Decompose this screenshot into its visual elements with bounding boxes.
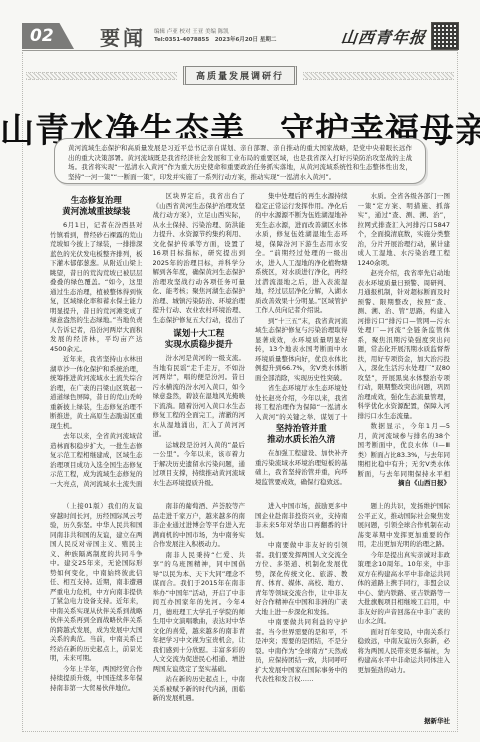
body-paragraph: 进入中国市场，鼓励更多中国企业赴南非投资兴业，支持南非未来5年对华出口再翻番的计… [255, 502, 348, 540]
kicker-row: 高质量发展调研行 [26, 66, 454, 85]
body-paragraph: 6月1日，记者在汾西县对竹镇看到，曾经砂石裸露的荒山荒坡如今披上了绿装，一排排深… [50, 221, 143, 354]
body-paragraph: 今年上半年，两国经贸合作持续提质升级，中国连续多年保持南非第一大贸易伙伴地位。 [50, 665, 143, 694]
editor-credits: 编辑 卢亚 校对 王亚 美编 陈凯 [154, 28, 341, 36]
column-text: 集中处理后的再生水源持续稳定正常运行发挥作用。净化后的中水源源不断为伍姓湖湿地补… [255, 192, 348, 420]
body-paragraph: 近年来，我省坚持山水林田湖草沙一体化保护和系统治理，统筹推进黄河流域水土流失综合… [50, 355, 143, 431]
column-subhead: 坚持治管并重 推动水质长治久清 [255, 424, 348, 446]
column-text: 题上的共识，发扬维护国际公平正义，推动国际社会聚焦发展问题，引领全球合作机制在动… [358, 502, 451, 716]
article-2-column-3: 进入中国市场，鼓励更多中国企业赴南非投资兴业，支持南非未来5年对华出口再翻番的计… [255, 502, 348, 726]
body-paragraph: 在加强工程建设、加快补齐重污染流域水环境治理短板的基础上，我省坚持治管并重，向环… [255, 449, 348, 487]
article-1-columns: 生态修复治理 黄河流域重披绿装 6月1日，记者在汾西县对竹镇看到，曾经砂石裸露的… [50, 192, 450, 488]
body-paragraph: 题上的共识，发扬维护国际公平正义，推动国际社会聚焦发展问题，引领全球合作机制在动… [358, 502, 451, 550]
kicker-label: 高质量发展调研行 [183, 66, 297, 85]
header-divider [22, 50, 458, 51]
decorative-hatch-right [303, 72, 454, 80]
subhead-line: 实现水质稳步提升 [165, 340, 233, 350]
article-1-column-1: 生态修复治理 黄河流域重披绿装 6月1日，记者在汾西县对竹镇看到，曾经砂石裸露的… [50, 192, 143, 488]
column-subhead: 生态修复治理 黄河流域重披绿装 [50, 196, 143, 218]
article-2-column-1: （上接01版）我们的友谊穿越时间长河，历经国际风云考验，历久弥坚。中华人民共和国… [50, 502, 143, 726]
subhead-line: 推动水质长治久清 [267, 435, 335, 445]
masthead-logo: 山西青年报 [340, 25, 427, 48]
newspaper-page: 02 要闻 编辑 卢亚 校对 王亚 美编 陈凯 Tel:0351-4078855… [0, 0, 480, 742]
source-attribution: 据新华社 [358, 716, 451, 726]
edition-meta: 编辑 卢亚 校对 王亚 美编 陈凯 Tel:0351-4078855 2023年… [154, 28, 341, 44]
body-paragraph: 中南要做中非友好的引领者。我们要发挥两国人文交流全方位、多渠道、机制化发展优势，… [255, 541, 348, 617]
subhead-line: 黄河流域重披绿装 [62, 207, 130, 217]
body-paragraph: 到“十三五”末，我省黄河流域生态保护修复与污染治理取得显著成效，水环境质量明显好… [255, 317, 348, 384]
qr-code-icon [432, 23, 458, 49]
body-paragraph: 区块界定后，我省出台了《山西省黄河生态保护治理攻坚战行动方案》，立足山西实际，从… [153, 192, 246, 325]
column-text: 区块界定后，我省出台了《山西省黄河生态保护治理攻坚战行动方案》，立足山西实际，从… [153, 192, 246, 325]
article-2-column-2: 南非的葡萄酒、芦荟胶等产品走进千家万户，越来越多的南非企业通过进博会等平台进入充… [153, 502, 246, 726]
column-subhead: 谋划十大工程 实现水质稳步提升 [153, 329, 246, 351]
page-number-badge: 02 [22, 23, 74, 49]
body-paragraph: 赵亮介绍，我省率先启动地表水环境质量日预警、周研判、月通报机制，针对超标断面及时… [358, 269, 451, 421]
article-1-column-4: 水质。全省各级各部门一图一策“定方案、明措施、抓落实”，通过“查、测、溯、治”，… [358, 192, 451, 488]
subhead-line: 坚持治管并重 [276, 424, 327, 434]
column-text: 进入中国市场，鼓励更多中国企业赴南非投资兴业，支持南非未来5年对华出口再翻番的计… [255, 502, 348, 726]
source-attribution: 摘自《山西日报》 [358, 478, 451, 488]
article-1-column-3: 集中处理后的再生水源持续稳定正常运行发挥作用。净化后的中水源源不断为伍姓湖湿地补… [255, 192, 348, 488]
body-paragraph: 南非的葡萄酒、芦荟胶等产品走进千家万户，越来越多的南非企业通过进博会等平台进入充… [153, 502, 246, 550]
column-text: 南非的葡萄酒、芦荟胶等产品走进千家万户，越来越多的南非企业通过进博会等平台进入充… [153, 502, 246, 726]
body-paragraph: 站在新的历史起点上，中南关系被赋予新的时代内涵，面临新的发展机遇。 [153, 675, 246, 704]
body-paragraph: 数据显示，今年1月—5月，黄河流域参与排名的38个国考断面中，优良水体（Ⅰ—Ⅲ类… [358, 422, 451, 478]
subhead-line: 谋划十大工程 [173, 329, 224, 339]
page-header: 02 要闻 编辑 卢亚 校对 王亚 美编 陈凯 Tel:0351-4078855… [22, 22, 458, 50]
body-paragraph: 省生态环境厅水生态环境处处长赵亮介绍，今年以来，我省将工程治理作为保障“一泓清水… [255, 384, 348, 420]
decorative-hatch-left [26, 72, 177, 80]
column-text: 水质。全省各级各部门一图一策“定方案、明措施、抓落实”，通过“查、测、溯、治”，… [358, 192, 451, 478]
intro-box: 黄河流域生态保护和高质量发展是习近平总书记亲自谋划、亲自部署、亲自推动的重大国家… [54, 138, 426, 184]
body-paragraph: 汾水河是黄河的一级支流。当地有民谣“走千走万，不如汾河两岸”，唱的便是汾河。昔日… [153, 354, 246, 440]
body-paragraph: （上接01版）我们的友谊穿越时间长河，历经国际风云考验，历久弥坚。中华人民共和国… [50, 502, 143, 664]
intro-paragraph: 黄河流域生态保护和高质量发展是习近平总书记亲自谋划、亲自部署、亲自推动的重大国家… [68, 144, 412, 182]
body-paragraph: 中南要做共同利益的守护者。当今世界需要的是和平，不是冲突；需要的是团结，不是分裂… [255, 618, 348, 685]
article-2-columns: （上接01版）我们的友谊穿越时间长河，历经国际风云考验，历久弥坚。中华人民共和国… [50, 502, 450, 726]
column-text: 6月1日，记者在汾西县对竹镇看到，曾经砂石裸露的荒山荒坡如今披上了绿装，一排排深… [50, 221, 143, 488]
body-paragraph: 运城段是汾河入黄的“最后一公里”。今年以来，该市着力于解决历史遗留水污染问题，通… [153, 441, 246, 489]
body-paragraph: 集中处理后的再生水源持续稳定正常运行发挥作用。净化后的中水源源不断为伍姓湖湿地补… [255, 192, 348, 316]
body-paragraph: 水质。全省各级各部门一图一策“定方案、明措施、抓落实”，通过“查、测、溯、治”，… [358, 192, 451, 268]
article-1-column-2: 区块界定后，我省出台了《山西省黄河生态保护治理攻坚战行动方案》，立足山西实际，从… [153, 192, 246, 488]
body-paragraph: 去年以来，全省黄河流域营造林面积稳步扩大，一批生态修复示范工程相继建成，区域生态… [50, 432, 143, 488]
column-text: 在加强工程建设、加快补齐重污染流域水环境治理短板的基础上，我省坚持治管并重，向环… [255, 449, 348, 488]
date-line: Tel:0351-4078855 2023年6月20日 星期二 [154, 36, 341, 44]
body-paragraph: 南非人民秉持“仁爱、共享”的乌班图精神，同中国倡导“以民为本、天下大同”理念不谋… [153, 551, 246, 675]
body-paragraph: 面对百年变局，中南关系行稳致远，中南友谊历久弥新，必将为两国人民带来更多福祉，为… [358, 628, 451, 676]
column-text: （上接01版）我们的友谊穿越时间长河，历经国际风云考验，历久弥坚。中华人民共和国… [50, 502, 143, 726]
article-2-column-4: 题上的共识，发扬维护国际公平正义，推动国际社会聚焦发展问题，引领全球合作机制在动… [358, 502, 451, 726]
section-title: 要闻 [100, 22, 146, 51]
column-text: 汾水河是黄河的一级支流。当地有民谣“走千走万，不如汾河两岸”，唱的便是汾河。昔日… [153, 354, 246, 488]
subhead-line: 生态修复治理 [71, 196, 122, 206]
body-paragraph: 今年是提出真实亲诚对非政策理念10周年。10年来，中非双方在构建高水平中非命运共… [358, 551, 451, 627]
